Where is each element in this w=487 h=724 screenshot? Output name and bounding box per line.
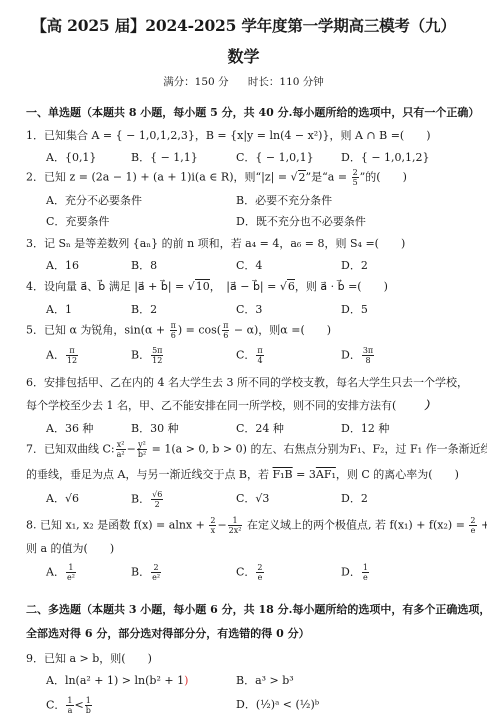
q1-option-b: B．{ − 1,1} xyxy=(131,149,198,165)
q7-frac-y2-b2: y²b² xyxy=(137,440,147,459)
q3-option-d: D．2 xyxy=(341,257,368,273)
question-9-options-row2: C．1a<1b D．(½)ᵃ < (½)ᵇ xyxy=(46,696,476,714)
question-6-stem-line2: 每个学校至少去 1 名，甲、乙不能安排在同一所学校，则不同的安排方法有( ） xyxy=(26,397,435,413)
q6-option-a: A．36 种 xyxy=(46,420,93,436)
fraction: 1e² xyxy=(66,563,76,582)
q9-frac-1-b: 1b xyxy=(85,696,92,715)
numerator: π xyxy=(170,321,177,331)
denominator: 2 xyxy=(151,500,163,509)
numerator: 1 xyxy=(85,696,92,706)
label: A． xyxy=(46,349,65,362)
numerator: x² xyxy=(116,440,126,450)
q7-line2-suffix: ，则 C 的离心率为( ) xyxy=(336,468,459,481)
q7-option-a: A．√6 xyxy=(46,490,79,506)
q8-option-c: C．2e xyxy=(236,563,265,582)
q4-stem-prefix: 4．设向量 a⃗、b⃗ 满足 |a⃗ + b⃗| = √ xyxy=(26,280,195,293)
q2-sqrt: 2 xyxy=(298,170,306,184)
denominator: 6 xyxy=(222,331,229,340)
q9-option-a-close-paren: ) xyxy=(184,674,188,687)
q7-vector-f1b: F₁B xyxy=(273,468,293,481)
exam-page: 【高 2025 届】2024-2025 学年度第一学期高三模考（九） 数学 满分… xyxy=(0,0,487,724)
q5-option-c: C．π4 xyxy=(236,346,265,365)
q4-option-b: B．2 xyxy=(131,301,157,317)
q7-frac-x2-a2: x²a² xyxy=(116,440,126,459)
duration: 时长：110 分钟 xyxy=(248,76,324,88)
q9-option-d: D．(½)ᵃ < (½)ᵇ xyxy=(236,696,319,712)
q7-option-c: C．√3 xyxy=(236,490,269,506)
denominator: b² xyxy=(137,450,147,459)
denominator: x xyxy=(209,526,216,535)
q7-option-b: B．√62 xyxy=(131,490,164,509)
fraction: 2e xyxy=(256,563,263,582)
section-2-heading-line2: 全部选对得 6 分，部分选对得部分分，有选错的得 0 分） xyxy=(26,625,310,641)
q6-option-b: B．30 种 xyxy=(131,420,179,436)
q2-stem-prefix: 2．已知 z = (2a − 1) + (a + 1)i(a ∈ R)，则“|z… xyxy=(26,171,291,184)
q4-stem-suffix: ，则 a⃗ · b⃗ =( ) xyxy=(295,280,388,293)
numerator: 1 xyxy=(66,696,73,706)
q8-frac-2-x: 2x xyxy=(209,516,216,535)
q5-frac-pi-6-b: π6 xyxy=(222,321,229,340)
q4-option-c: C．3 xyxy=(236,301,262,317)
exam-meta: 满分：150 分 时长：110 分钟 xyxy=(0,74,487,89)
label: C． xyxy=(236,349,255,362)
fraction: π12 xyxy=(66,346,78,365)
q2-stem-suffix: ”的( ) xyxy=(360,171,407,184)
denominator: 6 xyxy=(170,331,177,340)
question-1-stem: 1．已知集合 A = { − 1,0,1,2,3}，B = {x|y = ln(… xyxy=(26,127,431,143)
fraction: 5π12 xyxy=(151,346,163,365)
denominator: e xyxy=(469,526,476,535)
question-4-stem: 4．设向量 a⃗、b⃗ 满足 |a⃗ + b⃗| = √10， |a⃗ − b⃗… xyxy=(26,278,388,294)
q5-frac-pi-6-a: π6 xyxy=(170,321,177,340)
question-2-options-row1: A．充分不必要条件 B．必要不充分条件 xyxy=(46,192,476,210)
numerator: 2 xyxy=(256,563,263,573)
label: D． xyxy=(341,566,361,579)
question-2-options-row2: C．充要条件 D．既不充分也不必要条件 xyxy=(46,213,476,231)
denominator: e² xyxy=(66,573,76,582)
q8-frac-2-e: 2e xyxy=(469,516,476,535)
question-7-options: A．√6 B．√62 C．√3 D．2 xyxy=(46,490,476,508)
q6-handwritten-close-paren: ） xyxy=(424,399,435,412)
question-5-stem: 5．已知 α 为锐角，sin(α + π6) = cos(π6 − α)，则α … xyxy=(26,321,331,340)
exam-title: 【高 2025 届】2024-2025 学年度第一学期高三模考（九） xyxy=(0,14,487,36)
question-6-options: A．36 种 B．30 种 C．24 种 D．12 种 xyxy=(46,420,476,438)
q7-stem-suffix: = 1(a > 0, b > 0) 的左、右焦点分别为F₁、F₂，过 F₁ 作一… xyxy=(148,443,487,456)
denominator: 12 xyxy=(151,356,163,365)
label: C． xyxy=(46,699,65,712)
fraction: 1e xyxy=(362,563,369,582)
q6-option-c: C．24 种 xyxy=(236,420,284,436)
label: B． xyxy=(131,493,150,506)
question-4-options: A．1 B．2 C．3 D．5 xyxy=(46,301,476,319)
fraction: 3π8 xyxy=(362,346,374,365)
numerator: 1 xyxy=(362,563,369,573)
q2-stem-mid: ”是“a = xyxy=(306,171,351,184)
q7-vector-af1: AF₁ xyxy=(316,468,336,481)
question-7-stem-line2: 的垂线，垂足为点 A，与另一渐近线交于点 B，若 F₁B = 3AF₁，则 C … xyxy=(26,466,459,482)
denominator: e xyxy=(362,573,369,582)
label: B． xyxy=(131,566,150,579)
denominator: 12 xyxy=(66,356,78,365)
denominator: 8 xyxy=(362,356,374,365)
numerator: π xyxy=(222,321,229,331)
q7-stem-prefix: 7．已知双曲线 C: xyxy=(26,443,115,456)
q2-option-c: C．充要条件 xyxy=(46,213,109,229)
numerator: 2 xyxy=(469,516,476,526)
q5-stem-mid: ) = cos( xyxy=(178,324,221,337)
question-9-stem: 9．已知 a > b，则( ) xyxy=(26,650,152,666)
q2-option-d: D．既不充分也不必要条件 xyxy=(236,213,366,229)
q9-option-c: C．1a<1b xyxy=(46,696,93,715)
numerator: π xyxy=(66,346,78,356)
q9-option-b: B．a³ > b³ xyxy=(236,672,294,688)
q3-option-b: B．8 xyxy=(131,257,157,273)
question-3-options: A．16 B．8 C．4 D．2 xyxy=(46,257,476,275)
denominator: b xyxy=(85,706,92,715)
q8-stem-prefix: 8. 已知 x₁, x₂ 是函数 f(x) = alnx + xyxy=(26,519,208,532)
q5-option-a: A．π12 xyxy=(46,346,79,365)
q3-option-a: A．16 xyxy=(46,257,79,273)
numerator: 2 xyxy=(352,168,359,178)
numerator: √6 xyxy=(151,490,163,500)
q7-line2-mid: = 3 xyxy=(293,468,316,481)
question-5-options: A．π12 B．5π12 C．π4 D．3π8 xyxy=(46,346,476,364)
fraction: √62 xyxy=(151,490,163,509)
q7-option-d: D．2 xyxy=(341,490,368,506)
label: B． xyxy=(131,349,150,362)
q5-option-b: B．5π12 xyxy=(131,346,164,365)
q2-fraction: 25 xyxy=(352,168,359,187)
numerator: 2 xyxy=(209,516,216,526)
q5-stem-prefix: 5．已知 α 为锐角，sin(α + xyxy=(26,324,169,337)
fraction: 2e² xyxy=(151,563,161,582)
denominator: a² xyxy=(116,450,126,459)
question-3-stem: 3．记 Sₙ 是等差数列 {aₙ} 的前 n 项和，若 a₄ = 4，a₆ = … xyxy=(26,235,405,251)
question-8-stem-line2: 则 a 的值为( ) xyxy=(26,540,114,556)
numerator: y² xyxy=(137,440,147,450)
q4-sqrt-10: 10 xyxy=(195,279,210,293)
label: C． xyxy=(236,566,255,579)
question-8-stem-line1: 8. 已知 x₁, x₂ 是函数 f(x) = alnx + 2x−12x² 在… xyxy=(26,516,487,535)
q1-option-a: A．{0,1} xyxy=(46,149,96,165)
q6-stem-text: 每个学校至少去 1 名，甲、乙不能安排在同一所学校，则不同的安排方法有( xyxy=(26,399,418,412)
q3-option-c: C．4 xyxy=(236,257,262,273)
question-6-stem-line1: 6．安排包括甲、乙在内的 4 名大学生去 3 所不同的学校支教，每名大学生只去一… xyxy=(26,374,468,390)
q4-stem-mid: ， |a⃗ − b⃗| = √ xyxy=(210,280,287,293)
q1-option-d: D．{ − 1,0,1,2} xyxy=(341,149,430,165)
q2-option-a: A．充分不必要条件 xyxy=(46,192,142,208)
section-2-heading-line1: 二、多选题（本题共 3 小题，每小题 6 分，共 18 分.每小题所给的选项中，… xyxy=(26,601,487,617)
q8-stem-mid: 在定义域上的两个极值点, 若 f(x₁) + f(x₂) = xyxy=(243,519,468,532)
question-2-stem: 2．已知 z = (2a − 1) + (a + 1)i(a ∈ R)，则“|z… xyxy=(26,168,407,187)
q9-option-a-text: A．ln(a² + 1) > ln(b² + 1 xyxy=(46,674,184,687)
q5-stem-suffix: − α)，则α =( ) xyxy=(230,324,331,337)
denominator: a xyxy=(66,706,73,715)
numerator: 3π xyxy=(362,346,374,356)
q8-option-b: B．2e² xyxy=(131,563,162,582)
q8-option-d: D．1e xyxy=(341,563,370,582)
q4-sqrt-6: 6 xyxy=(287,279,295,293)
q8-option-a: A．1e² xyxy=(46,563,77,582)
numerator: 5π xyxy=(151,346,163,356)
question-9-options-row1: A．ln(a² + 1) > ln(b² + 1) B．a³ > b³ xyxy=(46,672,476,690)
q8-stem-suffix: + 2， xyxy=(478,519,487,532)
numerator: 2 xyxy=(151,563,161,573)
numerator: 1 xyxy=(228,516,243,526)
numerator: π xyxy=(256,346,263,356)
q9-frac-1-a: 1a xyxy=(66,696,73,715)
denominator: e² xyxy=(151,573,161,582)
question-1-options: A．{0,1} B．{ − 1,1} C．{ − 1,0,1} D．{ − 1,… xyxy=(46,149,476,167)
q5-option-d: D．3π8 xyxy=(341,346,375,365)
numerator: 1 xyxy=(66,563,76,573)
q1-option-c: C．{ − 1,0,1} xyxy=(236,149,314,165)
denominator: 2x² xyxy=(228,526,243,535)
full-score: 满分：150 分 xyxy=(163,76,228,88)
question-8-options: A．1e² B．2e² C．2e D．1e xyxy=(46,563,476,581)
q8-frac-1-2x2: 12x² xyxy=(228,516,243,535)
section-1-heading: 一、单选题（本题共 8 小题，每小题 5 分，共 40 分.每小题所给的选项中，… xyxy=(26,104,479,120)
q9-option-a: A．ln(a² + 1) > ln(b² + 1) xyxy=(46,672,188,688)
denominator: 4 xyxy=(256,356,263,365)
q2-option-b: B．必要不充分条件 xyxy=(236,192,332,208)
label: A． xyxy=(46,566,65,579)
denominator: 5 xyxy=(352,178,359,187)
exam-subject: 数学 xyxy=(0,44,487,67)
denominator: e xyxy=(256,573,263,582)
q4-option-a: A．1 xyxy=(46,301,72,317)
label: D． xyxy=(341,349,361,362)
question-7-stem-line1: 7．已知双曲线 C:x²a²−y²b² = 1(a > 0, b > 0) 的左… xyxy=(26,440,487,459)
fraction: π4 xyxy=(256,346,263,365)
q6-option-d: D．12 种 xyxy=(341,420,389,436)
q7-line2-prefix: 的垂线，垂足为点 A，与另一渐近线交于点 B，若 xyxy=(26,468,273,481)
q4-option-d: D．5 xyxy=(341,301,368,317)
